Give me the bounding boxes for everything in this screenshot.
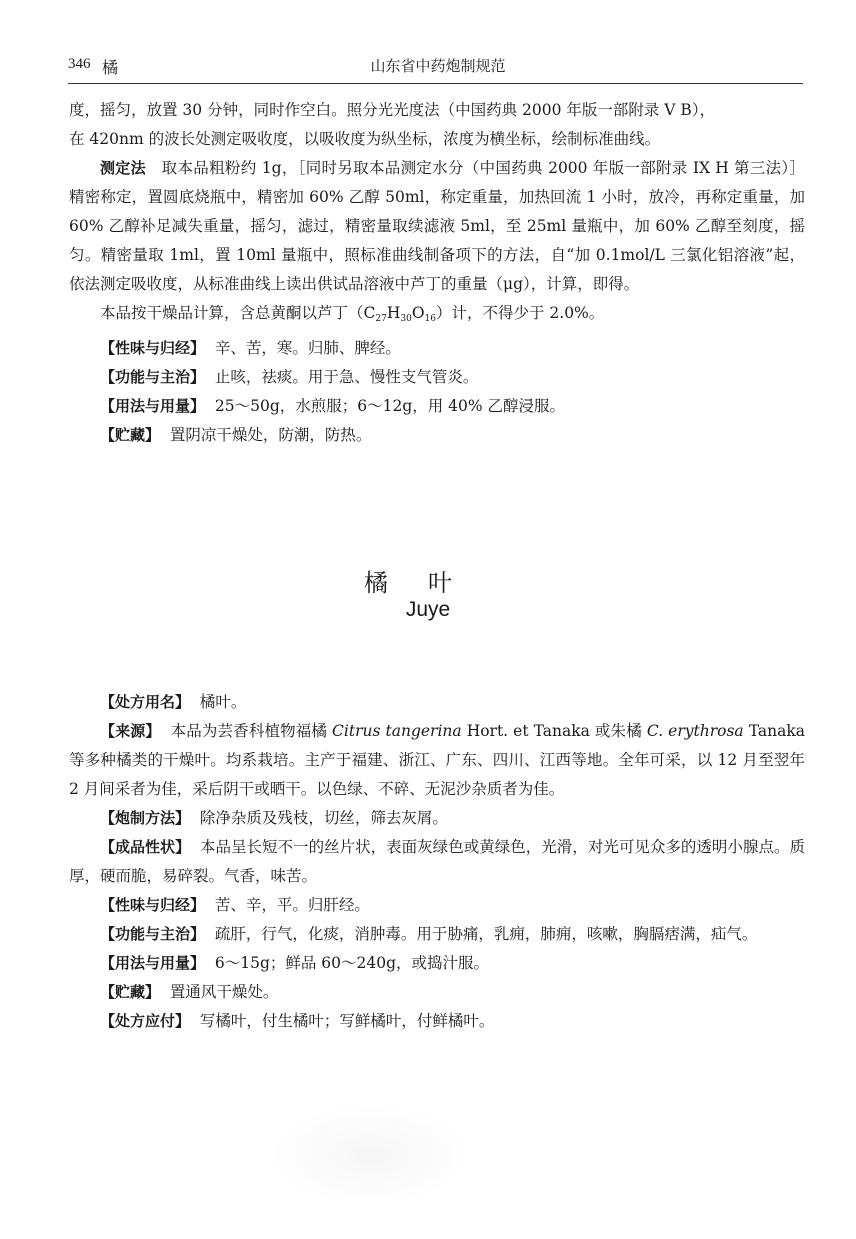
entry-nature-flavor: 【性味与归经】 辛、苦，寒。归肺、脾经。 <box>69 334 805 363</box>
section-previous-monograph: 度，摇匀，放置 30 分钟，同时作空白。照分光光度法（中国药典 2000 年版一… <box>69 96 805 450</box>
entry-usage-dosage: 【用法与用量】 25～50g，水煎服；6～12g，用 40% 乙醇浸服。 <box>69 392 805 421</box>
entry-prescription-name: 【处方用名】 橘叶。 <box>69 688 805 717</box>
assay-text: 取本品粗粉约 1g，［同时另取本品测定水分（中国药典 2000 年版一部附录 I… <box>69 159 805 293</box>
text-line: 度，摇匀，放置 30 分钟，同时作空白。照分光光度法（中国药典 2000 年版一… <box>69 101 715 119</box>
entry-product-characteristics: 【成品性状】 本品呈长短不一的丝片状，表面灰绿色或黄绿色，光滑，对光可见众多的透… <box>69 833 805 891</box>
entry-function-indication: 【功能与主治】 止咳，祛痰。用于急、慢性支气管炎。 <box>69 363 805 392</box>
text-line: 在 420nm 的波长处测定吸收度，以吸收度为纵坐标，浓度为横坐标，绘制标准曲线… <box>69 130 660 148</box>
document-page: 346 橘 山东省中药炮制规范 度，摇匀，放置 30 分钟，同时作空白。照分光光… <box>0 0 856 1239</box>
section-juye-monograph: 【处方用名】 橘叶。 【来源】 本品为芸香科植物福橘 Citrus tanger… <box>69 688 805 1036</box>
header-rule <box>68 83 803 84</box>
book-title: 山东省中药炮制规范 <box>68 55 808 76</box>
assay-paragraph: 测定法 取本品粗粉约 1g，［同时另取本品测定水分（中国药典 2000 年版一部… <box>69 154 805 299</box>
monograph-title: 橘叶 <box>0 563 856 598</box>
scan-artifact <box>270 1105 470 1205</box>
monograph-pinyin: Juye <box>0 598 856 622</box>
entry-source: 【来源】 本品为芸香科植物福橘 Citrus tangerina Hort. e… <box>69 717 805 804</box>
entry-usage-dosage: 【用法与用量】 6～15g；鲜品 60～240g，或捣汁服。 <box>69 949 805 978</box>
content-spec-paragraph: 本品按干燥品计算，含总黄酮以芦丁（C27H30O16）计，不得少于 2.0%。 <box>69 299 805 334</box>
entry-function-indication: 【功能与主治】 疏肝，行气，化痰，消肿毒。用于胁痛，乳痈，肺痈，咳嗽，胸膈痞满，… <box>69 920 805 949</box>
assay-label: 测定法 <box>100 159 146 177</box>
entry-dispensing: 【处方应付】 写橘叶，付生橘叶；写鲜橘叶，付鲜橘叶。 <box>69 1007 805 1036</box>
continuation-paragraph: 度，摇匀，放置 30 分钟，同时作空白。照分光光度法（中国药典 2000 年版一… <box>69 96 805 154</box>
entry-storage: 【贮藏】 置通风干燥处。 <box>69 978 805 1007</box>
page-header: 346 橘 山东省中药炮制规范 <box>68 52 808 82</box>
entry-storage: 【贮藏】 置阴凉干燥处，防潮，防热。 <box>69 421 805 450</box>
latin-name: Citrus tangerina <box>332 722 462 740</box>
entry-nature-flavor: 【性味与归经】 苦、辛，平。归肝经。 <box>69 891 805 920</box>
entry-processing-method: 【炮制方法】 除净杂质及残枝，切丝，筛去灰屑。 <box>69 804 805 833</box>
latin-name: C. erythrosa <box>647 722 744 740</box>
